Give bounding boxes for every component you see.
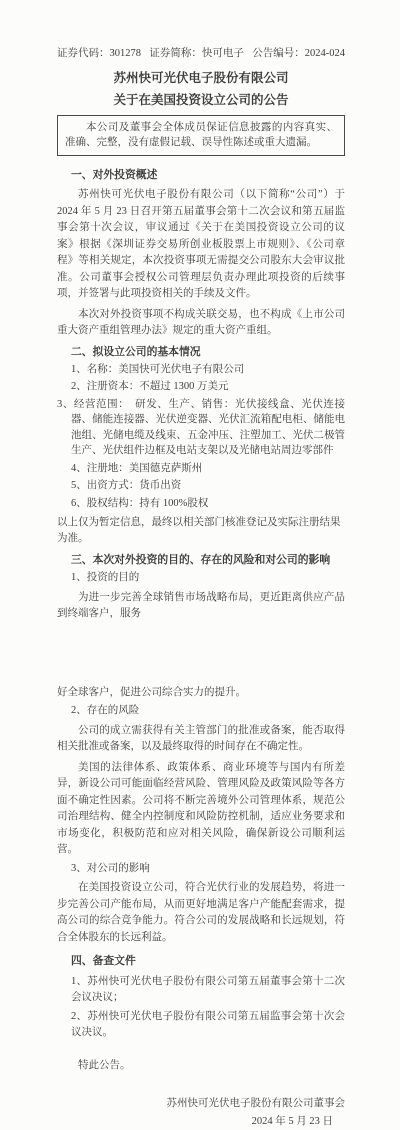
signature-line: 苏州快可光伏电子股份有限公司董事会: [57, 1096, 345, 1111]
announcement-title: 关于在美国投资设立公司的公告: [57, 92, 345, 109]
document-page: 证券代码：301278 证券简称：快可电子 公告编号：2024-024 苏州快可…: [0, 0, 400, 1130]
risk-para-2: 美国的法律体系、政策体系、商业环境等与国内有所差异，新设公司可能面临经营风险、管…: [57, 760, 345, 859]
section-4-heading: 四、备查文件: [57, 954, 345, 969]
section-2-heading: 二、拟设立公司的基本情况: [57, 345, 345, 360]
risk-subtitle: 2、存在的风险: [57, 703, 345, 719]
basic-info-item-funding: 5、出资方式：货币出资: [57, 478, 345, 494]
reference-doc-item-1: 1、苏州快可光伏电子股份有限公司第五届董事会第十二次会议决议；: [57, 974, 345, 1005]
statement-text: 本公司及董事会全体成员保证信息披露的内容真实、准确、完整，没有虚假记载、误导性陈…: [65, 120, 337, 150]
basic-info-item-equity: 6、股权结构：持有 100%股权: [57, 496, 345, 512]
stock-abbr: 证券简称：快可电子: [149, 47, 244, 61]
section-1-heading: 一、对外投资概述: [57, 168, 345, 183]
securities-info-row: 证券代码：301278 证券简称：快可电子 公告编号：2024-024: [57, 47, 345, 61]
impact-subtitle: 3、对公司的影响: [57, 861, 345, 877]
purpose-para-part2: 好全球客户，促进公司综合实力的提升。: [57, 685, 345, 702]
impact-para: 在美国投资设立公司，符合光伏行业的发展趋势，将进一步完善公司产能布局，从而更好地…: [57, 880, 345, 946]
section-1-para-1: 苏州快可光伏电子股份有限公司（以下简称“公司”）于 2024 年 5 月 23 …: [57, 187, 345, 303]
signature-date: 2024 年 5 月 23 日: [57, 1114, 345, 1129]
basic-info-item-capital: 2、注册资本：不超过 1300 万美元: [57, 379, 345, 395]
purpose-subtitle: 1、投资的目的: [57, 570, 345, 586]
company-title: 苏州快可光伏电子股份有限公司: [57, 70, 345, 87]
stock-code: 证券代码：301278: [57, 47, 141, 61]
purpose-para-part1: 为进一步完善全球销售市场战略布局，更近距离供应产品到终端客户，服务: [57, 590, 345, 623]
basic-info-item-scope: 3、经营范围： 研发、生产、销售：光伏接线盒、光伏连接器、储能连接器、光伏逆变器…: [57, 397, 345, 459]
closing-statement: 特此公告。: [57, 1058, 345, 1074]
section-1-para-2: 本次对外投资事项不构成关联交易，也不构成《上市公司重大资产重组管理办法》规定的重…: [57, 307, 345, 340]
basic-info-note: 以上仅为暂定信息，最终以相关部门核准登记及实际注册结果为准。: [57, 515, 345, 547]
reference-doc-item-2: 2、苏州快可光伏电子股份有限公司第五届监事会第十次会议决议。: [57, 1009, 345, 1040]
section-3-heading: 三、本次对外投资的目的、存在的风险和对公司的影响: [57, 553, 345, 568]
announcement-number: 公告编号：2024-024: [252, 47, 345, 61]
risk-para-1: 公司的成立需获得有关主管部门的批准或备案，能否取得相关批准或备案，以及最终取得的…: [57, 723, 345, 756]
basic-info-item-location: 4、注册地：美国德克萨斯州: [57, 461, 345, 477]
page-break-gap: [57, 623, 345, 681]
basic-info-item-name: 1、名称：美国快可光伏电子有限公司: [57, 362, 345, 378]
statement-box: 本公司及董事会全体成员保证信息披露的内容真实、准确、完整，没有虚假记载、误导性陈…: [57, 115, 345, 156]
